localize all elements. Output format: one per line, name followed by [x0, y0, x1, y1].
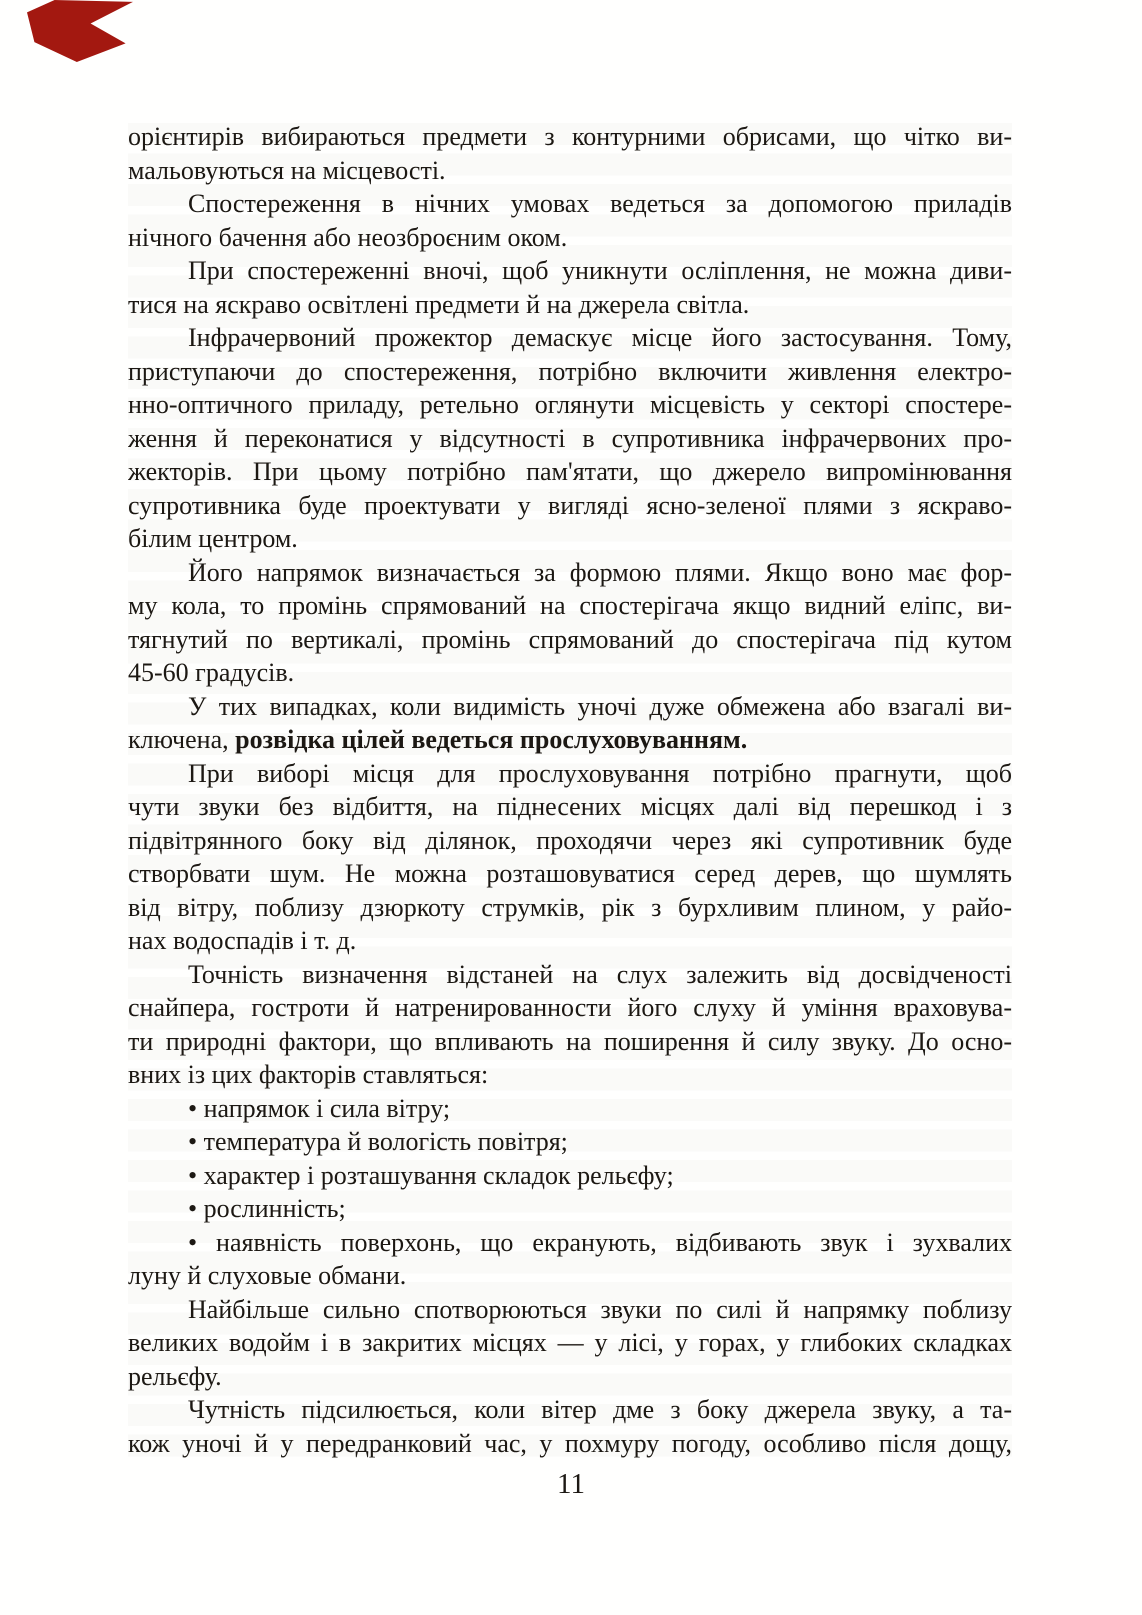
text-line: му кола, то промінь спрямований на спост…: [128, 589, 1012, 623]
text-line: ження й переконатися у відсутності в суп…: [128, 422, 1012, 456]
text-line: Його напрямок визначається за формою пля…: [128, 556, 1012, 590]
text-line: • напрямок і сила вітру;: [128, 1092, 1012, 1126]
text-line: • температура й вологість повітря;: [128, 1125, 1012, 1159]
text-line: • рослинність;: [128, 1192, 1012, 1226]
red-corner-mark: [27, 0, 133, 62]
text-run: ключена,: [128, 725, 235, 754]
text-line: великих водойм і в закритих місцях — у л…: [128, 1326, 1012, 1360]
text-line: При спостереженні вночі, щоб уникнути ос…: [128, 254, 1012, 288]
text-line: Точність визначення відстаней на слух за…: [128, 958, 1012, 992]
text-line: нах водоспадів і т. д.: [128, 924, 1012, 958]
text-line: нно-оптичного приладу, ретельно оглянути…: [128, 388, 1012, 422]
text-line: нічного бачення або неозброєним оком.: [128, 221, 1012, 255]
text-line: чути звуки без відбиття, на піднесених м…: [128, 790, 1012, 824]
text-line: від вітру, поблизу дзюркоту струмків, рі…: [128, 891, 1012, 925]
text-line: кож уночі й у передранковий час, у похму…: [128, 1427, 1012, 1461]
text-line: У тих випадках, коли видимість уночі дуж…: [128, 690, 1012, 724]
page-text-block: орієнтирів вибираються предмети з контур…: [128, 120, 1012, 1460]
text-line: приступаючи до спостереження, потрібно в…: [128, 355, 1012, 389]
text-line: рельєфу.: [128, 1360, 1012, 1394]
text-line: орієнтирів вибираються предмети з контур…: [128, 120, 1012, 154]
text-line: Чутність підсилюється, коли вітер дме з …: [128, 1393, 1012, 1427]
text-line: снайпера, гостроти й натренированности й…: [128, 991, 1012, 1025]
text-line: білим центром.: [128, 522, 1012, 556]
page-number: 11: [0, 1468, 1142, 1501]
text-line: Спостереження в нічних умовах ведеться з…: [128, 187, 1012, 221]
text-line: • характер і розташування складок рельєф…: [128, 1159, 1012, 1193]
bold-text-run: розвідка цілей ведеться прослуховуванням…: [235, 725, 747, 754]
text-line: тися на яскраво освітлені предмети й на …: [128, 288, 1012, 322]
text-line: Найбільше сильно спотворюються звуки по …: [128, 1293, 1012, 1327]
text-line: мальовуються на місцевості.: [128, 154, 1012, 188]
text-line: жекторів. При цьому потрібно пам'ятати, …: [128, 455, 1012, 489]
text-line: тягнутий по вертикалі, промінь спрямован…: [128, 623, 1012, 657]
text-line-emphasis: ключена, розвідка цілей ведеться прослух…: [128, 723, 1012, 757]
text-line: підвітрянного боку від ділянок, проходяч…: [128, 824, 1012, 858]
text-line: створбвати шум. Не можна розташовуватися…: [128, 857, 1012, 891]
text-line: ти природні фактори, що впливають на пош…: [128, 1025, 1012, 1059]
text-line: супротивника буде проектувати у вигляді …: [128, 489, 1012, 523]
text-line: вних із цих факторів ставляться:: [128, 1058, 1012, 1092]
text-line: луну й слуховые обмани.: [128, 1259, 1012, 1293]
text-line: При виборі місця для прослуховування пот…: [128, 757, 1012, 791]
text-line: 45-60 градусів.: [128, 656, 1012, 690]
text-line: • наявність поверхонь, що екранують, від…: [128, 1226, 1012, 1260]
document-page: орієнтирів вибираються предмети з контур…: [0, 0, 1142, 1615]
text-line: Інфрачервоний прожектор демаскує місце й…: [128, 321, 1012, 355]
